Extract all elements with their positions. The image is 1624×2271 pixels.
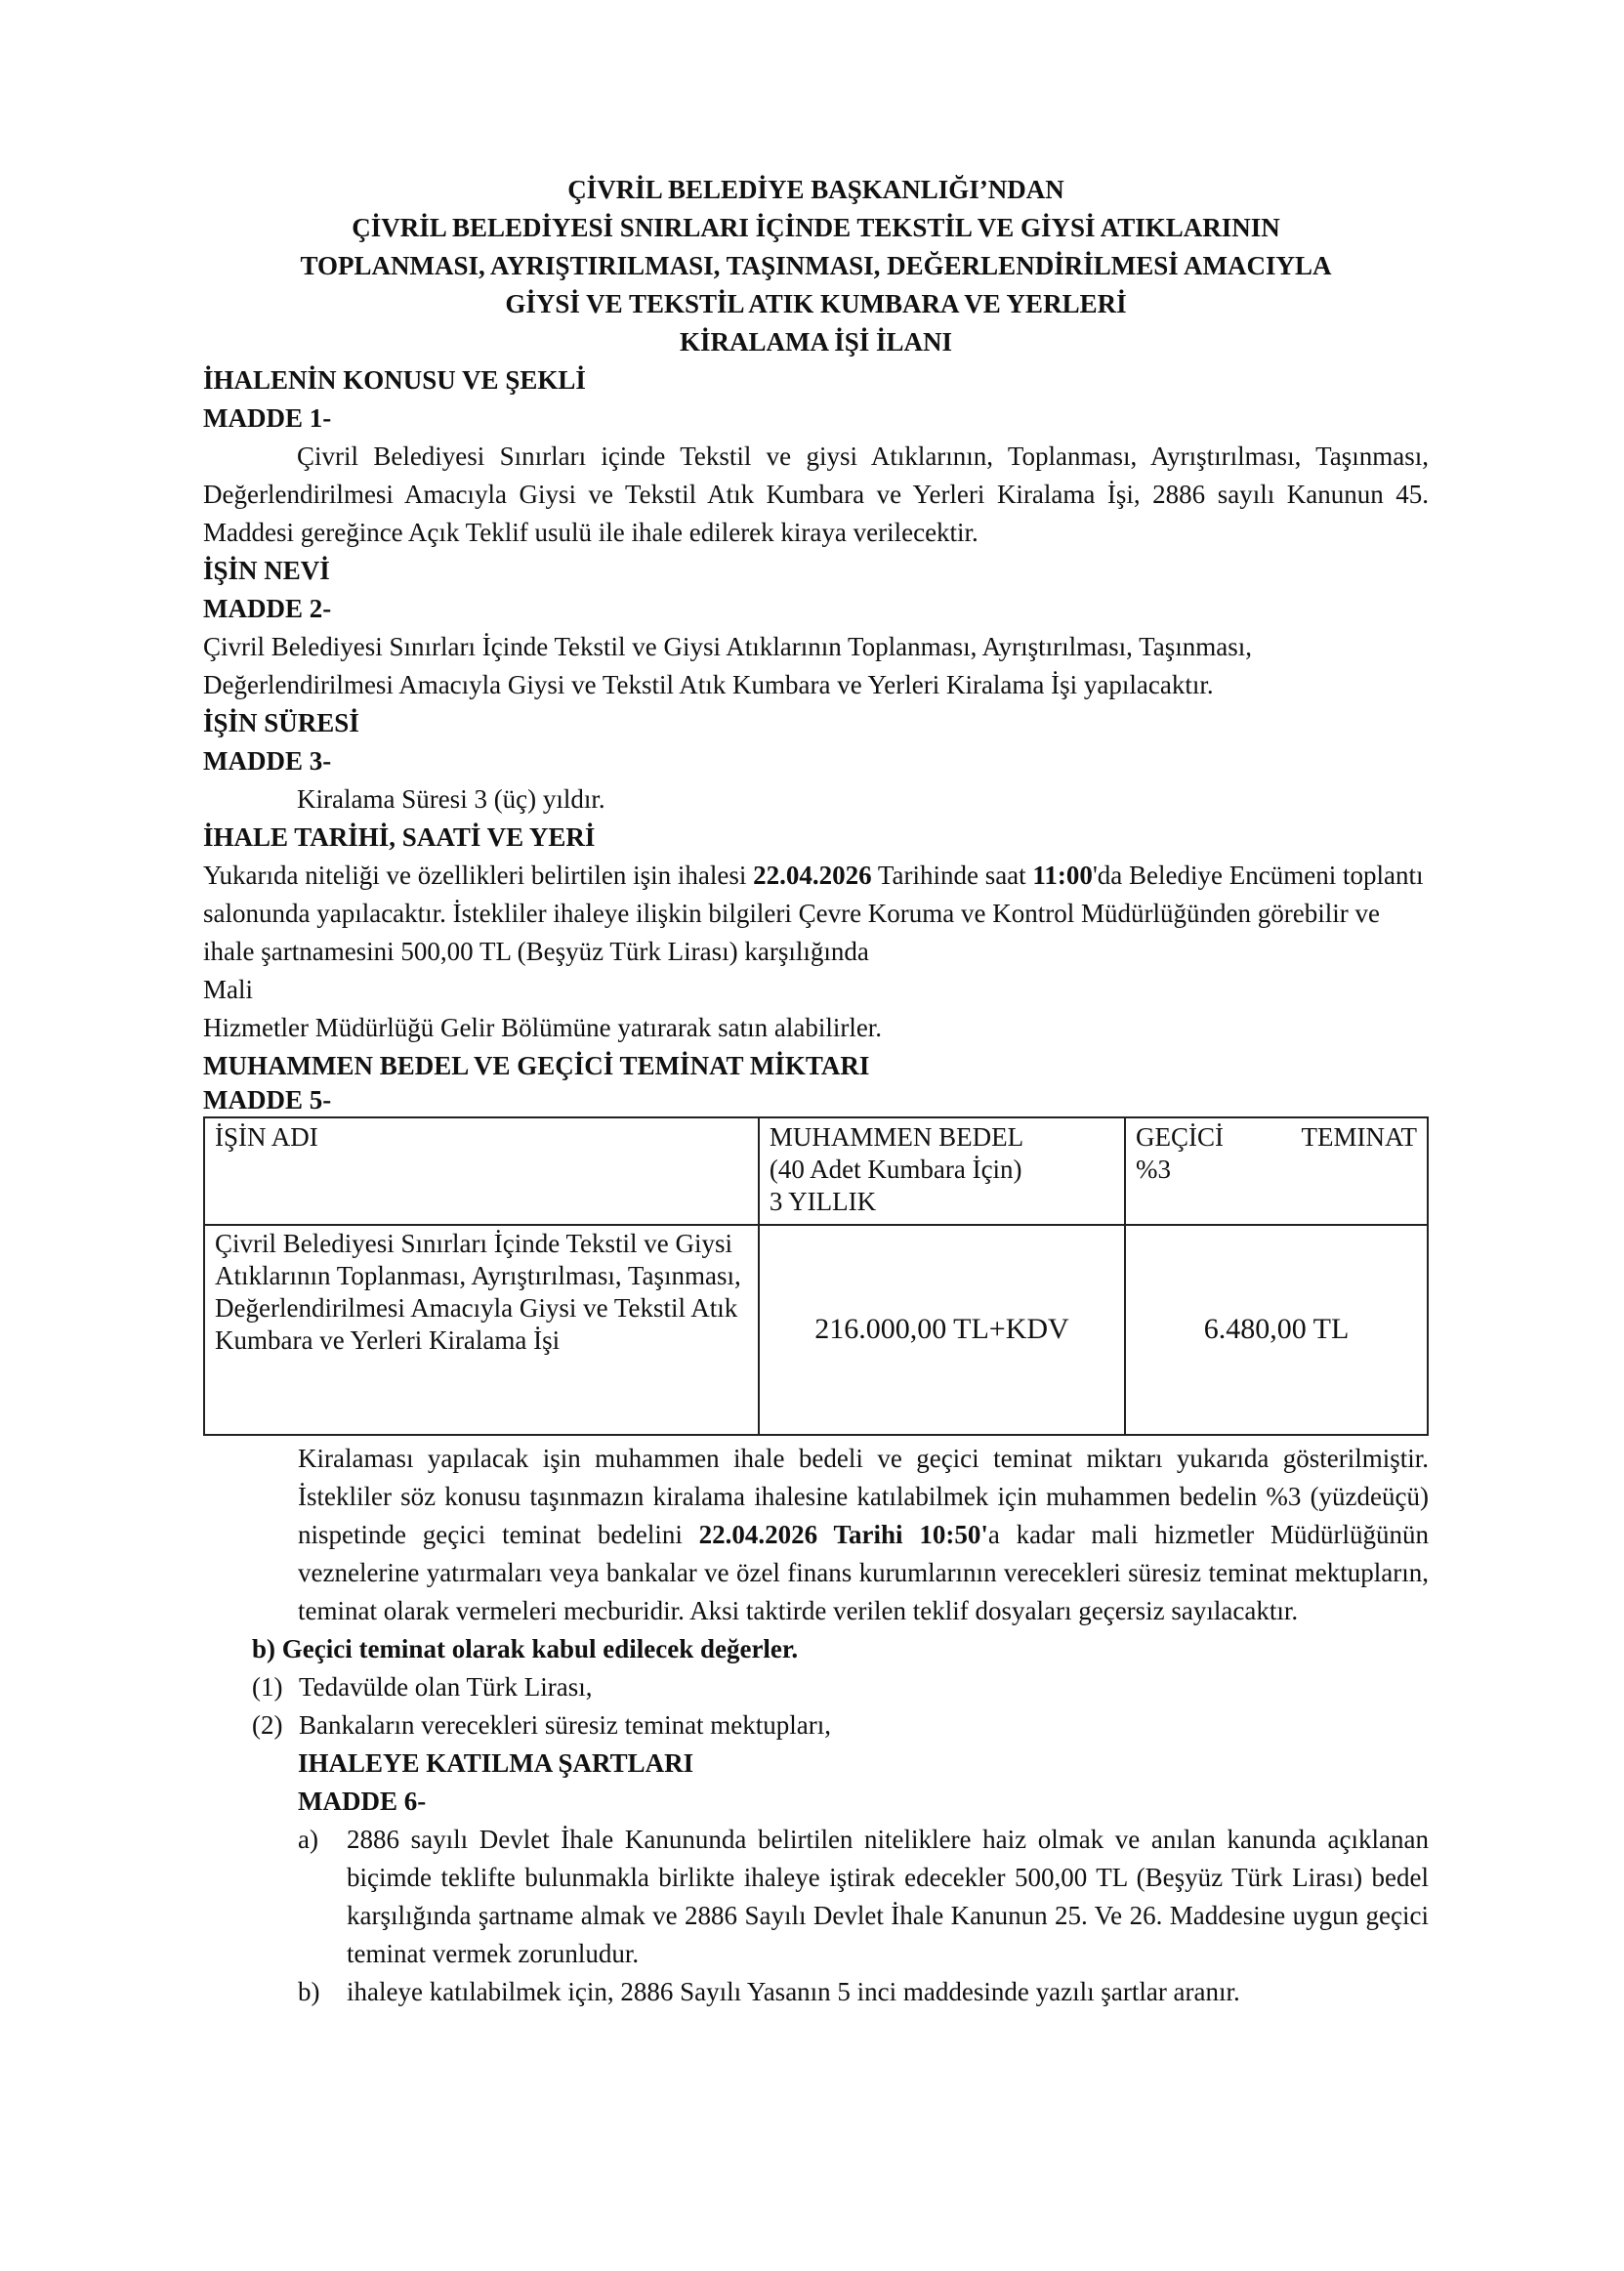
title-line: TOPLANMASI, AYRIŞTIRILMASI, TAŞINMASI, D…	[203, 247, 1429, 285]
madde-label: MADDE 1-	[203, 400, 1429, 438]
header-cell: GEÇİCİTEMINAT %3	[1125, 1117, 1428, 1225]
job-name-cell: Çivril Belediyesi Sınırları İçinde Tekst…	[204, 1225, 759, 1435]
header-cell: İŞİN ADI	[204, 1117, 759, 1225]
header-label: İŞİN ADI	[215, 1122, 318, 1152]
table-row: Çivril Belediyesi Sınırları İçinde Tekst…	[204, 1225, 1428, 1435]
section-heading: İŞİN NEVİ	[203, 552, 1429, 590]
list-text: Tedavülde olan Türk Lirası,	[299, 1668, 593, 1706]
estimated-price-cell: 216.000,00 TL+KDV	[759, 1225, 1125, 1435]
section-text: Çivril Belediyesi Sınırları İçinde Tekst…	[203, 628, 1429, 704]
list-item: (2)Bankaların verecekleri süresiz temina…	[252, 1706, 1429, 1745]
madde-label: MADDE 6-	[298, 1783, 1429, 1821]
list-text: ihaleye katılabilmek için, 2886 Sayılı Y…	[347, 1973, 1429, 2011]
section-text: Çivril Belediyesi Sınırları içinde Tekst…	[203, 438, 1429, 552]
deposit-deadline: 22.04.2026 Tarihi 10:50'	[699, 1520, 988, 1549]
title-line: KİRALAMA İŞİ İLANI	[203, 323, 1429, 361]
accepted-values-list: (1)Tedavülde olan Türk Lirası, (2)Bankal…	[252, 1668, 1429, 1745]
header-label: MUHAMMEN BEDEL	[770, 1121, 1114, 1154]
table-header-row: İŞİN ADI MUHAMMEN BEDEL (40 Adet Kumbara…	[204, 1117, 1428, 1225]
header-label: GEÇİCİ	[1136, 1121, 1224, 1154]
document-title: ÇİVRİL BELEDİYE BAŞKANLIĞI’NDAN ÇİVRİL B…	[203, 171, 1429, 361]
tender-time: 11:00	[1032, 861, 1093, 890]
header-label: 3 YILLIK	[770, 1186, 1114, 1218]
section-text: Kiralaması yapılacak işin muhammen ihale…	[298, 1440, 1429, 1630]
madde-label: MADDE 3-	[203, 742, 1429, 780]
header-cell: MUHAMMEN BEDEL (40 Adet Kumbara İçin) 3 …	[759, 1117, 1125, 1225]
list-text: 2886 sayılı Devlet İhale Kanununda belir…	[347, 1821, 1429, 1973]
section-text: Kiralama Süresi 3 (üç) yıldır.	[203, 780, 1429, 819]
deposit-cell: 6.480,00 TL	[1125, 1225, 1428, 1435]
subsection-heading: b) Geçici teminat olarak kabul edilecek …	[252, 1630, 1429, 1668]
madde-label: MADDE 2-	[203, 590, 1429, 628]
section-heading: İHALE TARİHİ, SAATİ VE YERİ	[203, 819, 1429, 857]
list-number: (1)	[252, 1668, 299, 1706]
madde-label: MADDE 5-	[203, 1085, 1429, 1114]
section-heading: MUHAMMEN BEDEL VE GEÇİCİ TEMİNAT MİKTARI	[203, 1047, 1429, 1085]
section-text: Hizmetler Müdürlüğü Gelir Bölümüne yatır…	[203, 1009, 1429, 1047]
section-heading: İHALENİN KONUSU VE ŞEKLİ	[203, 361, 1429, 400]
header-label: (40 Adet Kumbara İçin)	[770, 1154, 1114, 1186]
text-fragment: Tarihinde saat	[872, 861, 1033, 890]
document-page: ÇİVRİL BELEDİYE BAŞKANLIĞI’NDAN ÇİVRİL B…	[203, 171, 1429, 2011]
section-heading: IHALEYE KATILMA ŞARTLARI	[298, 1745, 1429, 1783]
conditions-list: a)2886 sayılı Devlet İhale Kanununda bel…	[298, 1821, 1429, 2011]
list-item: b)ihaleye katılabilmek için, 2886 Sayılı…	[298, 1973, 1429, 2011]
header-label: TEMINAT	[1302, 1121, 1417, 1154]
title-line: ÇİVRİL BELEDİYE BAŞKANLIĞI’NDAN	[203, 171, 1429, 209]
section-text: Yukarıda niteliği ve özellikleri belirti…	[203, 857, 1429, 971]
list-item: (1)Tedavülde olan Türk Lirası,	[252, 1668, 1429, 1706]
title-line: GİYSİ VE TEKSTİL ATIK KUMBARA VE YERLERİ	[203, 285, 1429, 323]
list-text: Bankaların verecekleri süresiz teminat m…	[299, 1706, 831, 1745]
list-label: b)	[298, 1973, 347, 2011]
list-item: a)2886 sayılı Devlet İhale Kanununda bel…	[298, 1821, 1429, 1973]
section-heading: İŞİN SÜRESİ	[203, 704, 1429, 742]
section-text: Mali	[203, 971, 1429, 1009]
tender-date: 22.04.2026	[753, 861, 872, 890]
list-number: (2)	[252, 1706, 299, 1745]
list-label: a)	[298, 1821, 347, 1973]
text-fragment: Yukarıda niteliği ve özellikleri belirti…	[203, 861, 753, 890]
title-line: ÇİVRİL BELEDİYESİ SNIRLARI İÇİNDE TEKSTİ…	[203, 209, 1429, 247]
bid-table: İŞİN ADI MUHAMMEN BEDEL (40 Adet Kumbara…	[203, 1116, 1429, 1436]
header-label: %3	[1136, 1154, 1417, 1186]
